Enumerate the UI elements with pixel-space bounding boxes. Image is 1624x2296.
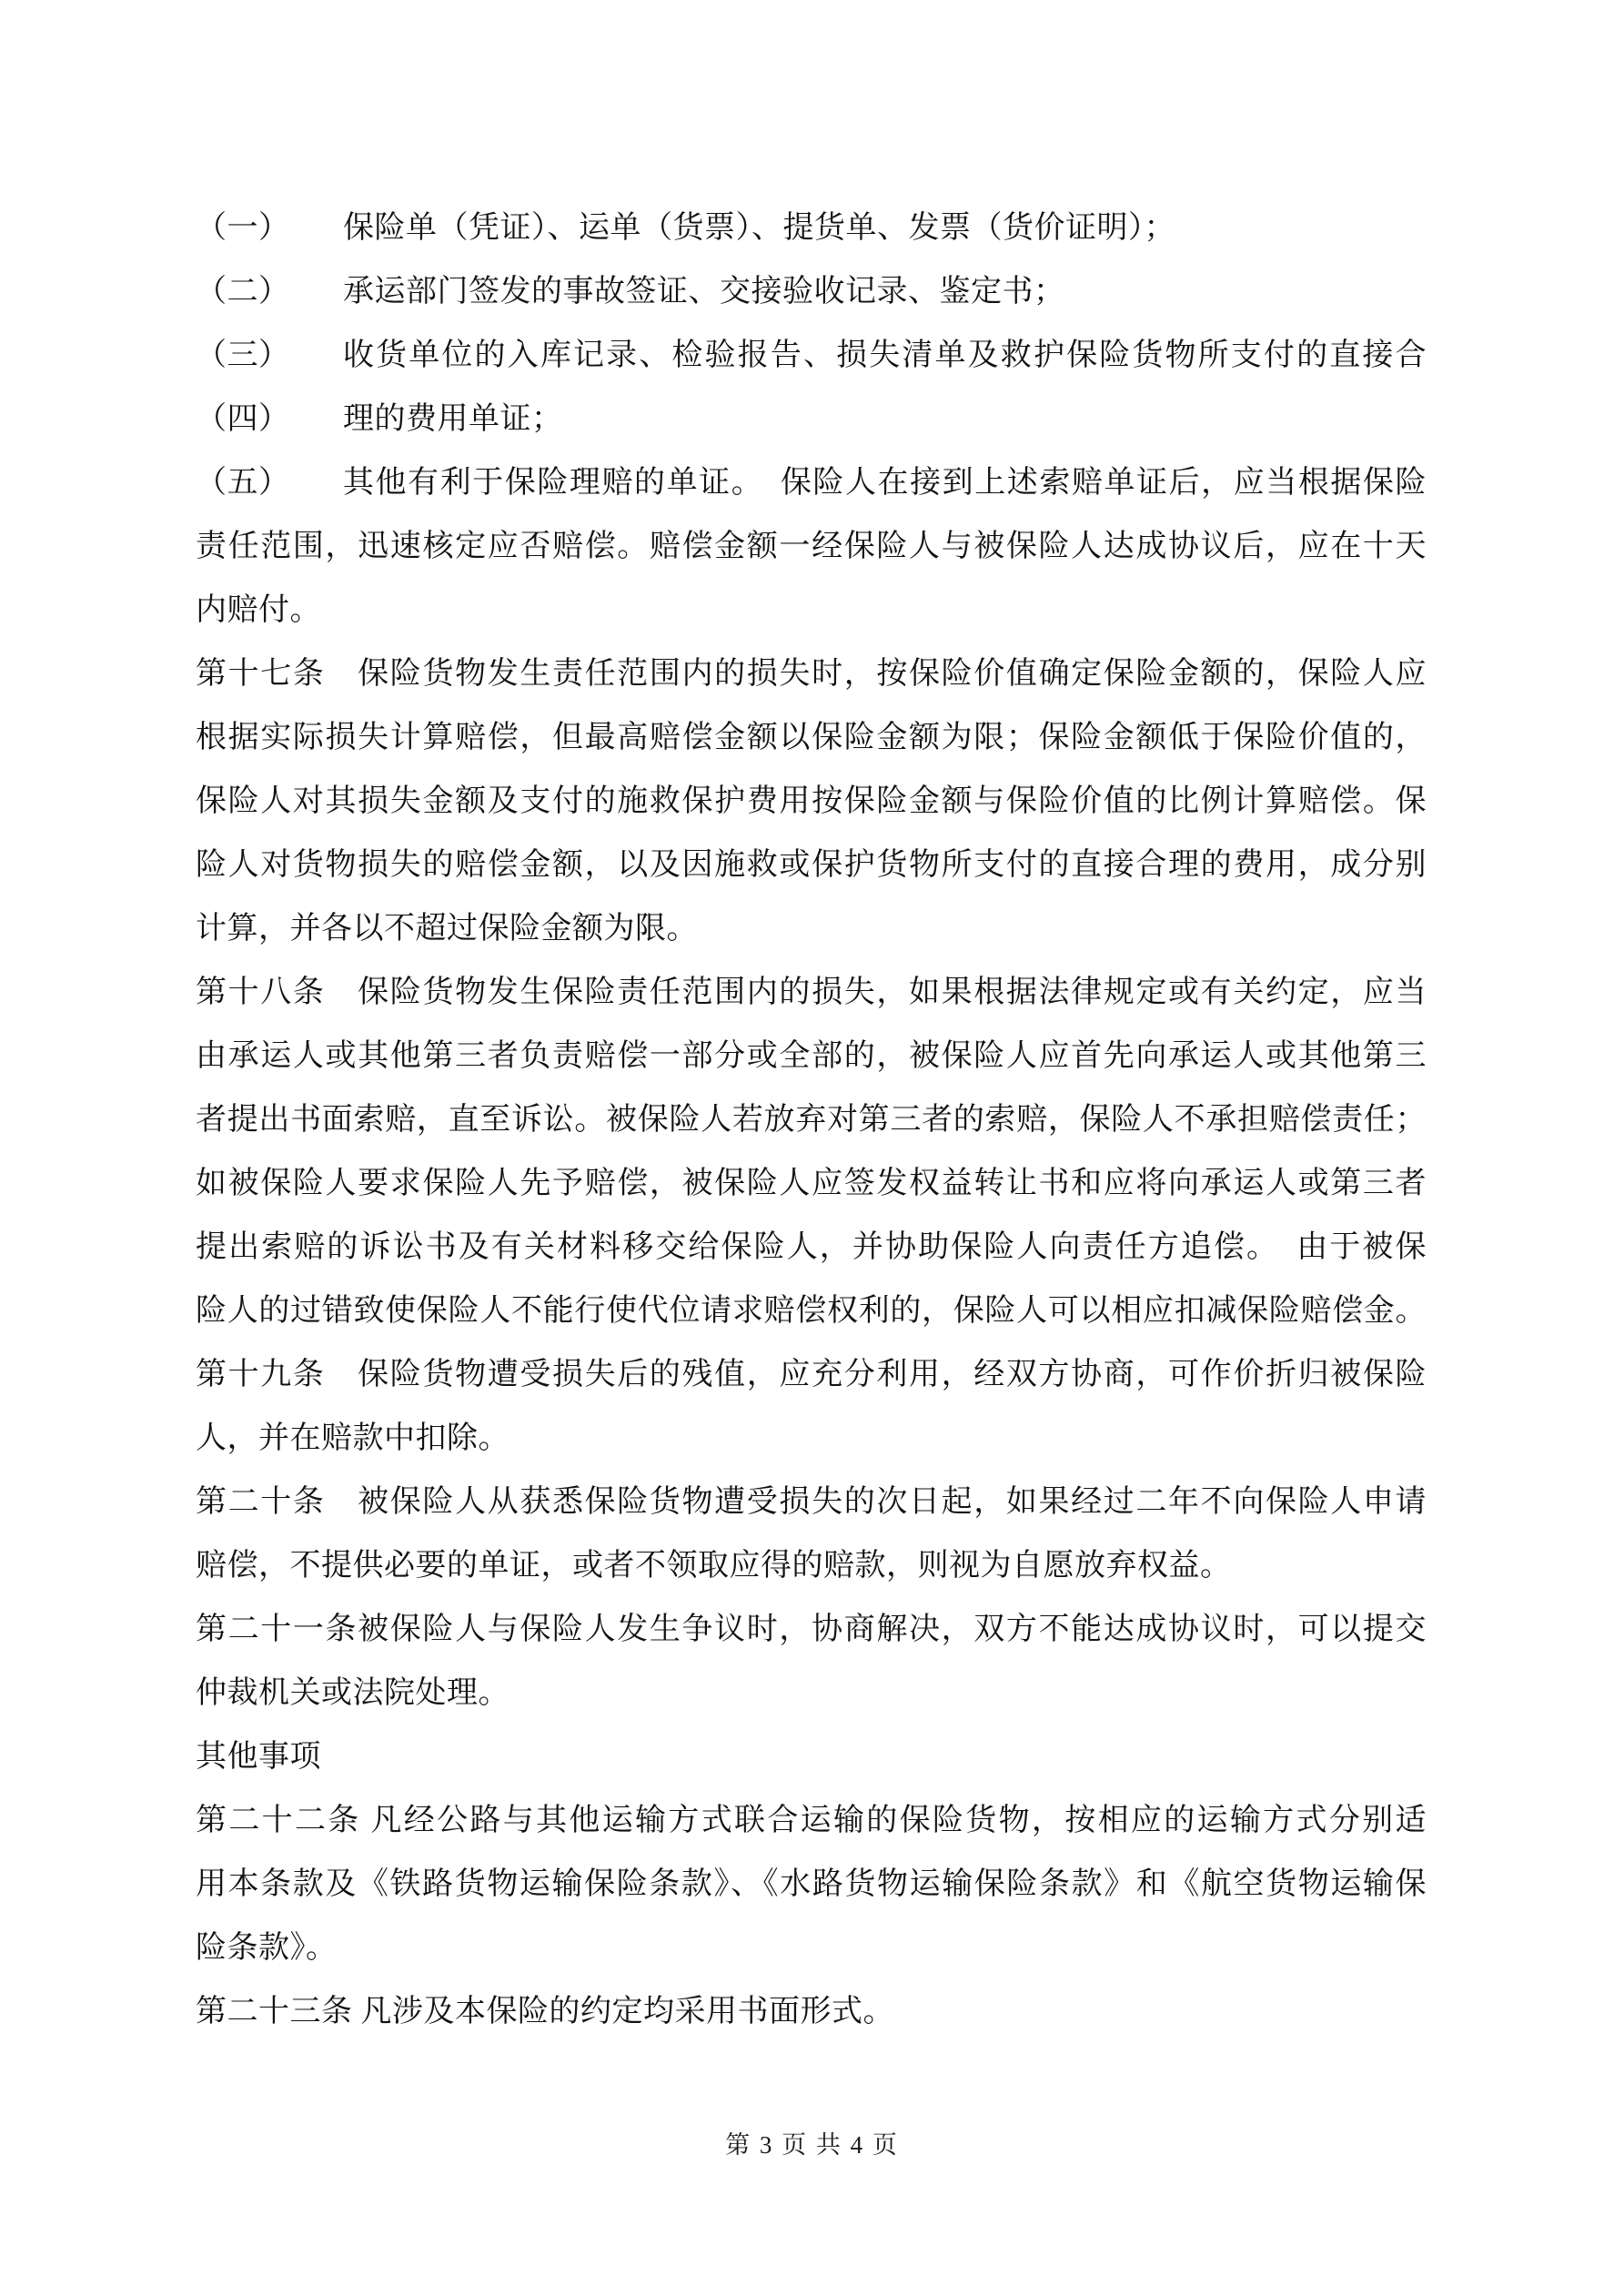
list-text: 承运部门签发的事故签证、交接验收记录、鉴定书； — [343, 260, 1427, 324]
document-page: （一）保险单（凭证）、运单（货票）、提货单、发票（货价证明）；（二）承运部门签发… — [0, 0, 1624, 2296]
page-number-label: 第 3 页 共 4 页 — [725, 2131, 899, 2159]
text-line: 险条款》。 — [196, 1917, 1427, 1980]
list-text: 理的费用单证； — [343, 388, 1427, 451]
text-line: 内赔付。 — [196, 579, 1427, 642]
list-line: （二）承运部门签发的事故签证、交接验收记录、鉴定书； — [196, 260, 1427, 324]
text-line: 第十九条 保险货物遭受损失后的残值，应充分利用，经双方协商，可作价折归被保险 — [196, 1343, 1427, 1407]
text-line: 第二十二条 凡经公路与其他运输方式联合运输的保险货物，按相应的运输方式分别适 — [196, 1789, 1427, 1853]
list-text: 收货单位的入库记录、检验报告、损失清单及救护保险货物所支付的直接合 — [343, 324, 1427, 388]
list-line: （五）其他有利于保险理赔的单证。 保险人在接到上述索赔单证后，应当根据保险 — [196, 451, 1427, 515]
list-marker: （三） — [196, 324, 343, 388]
text-line: 保险人对其损失金额及支付的施救保护费用按保险金额与保险价值的比例计算赔偿。保 — [196, 770, 1427, 834]
text-line: 第二十三条 凡涉及本保险的约定均采用书面形式。 — [196, 1980, 1427, 2044]
text-line: 赔偿，不提供必要的单证，或者不领取应得的赔款，则视为自愿放弃权益。 — [196, 1534, 1427, 1598]
page-footer: 第 3 页 共 4 页 — [0, 2113, 1624, 2177]
text-line: 根据实际损失计算赔偿，但最高赔偿金额以保险金额为限；保险金额低于保险价值的， — [196, 706, 1427, 770]
list-marker: （一） — [196, 197, 343, 260]
text-line: 计算，并各以不超过保险金额为限。 — [196, 897, 1427, 961]
text-line: 如被保险人要求保险人先予赔偿，被保险人应签发权益转让书和应将向承运人或第三者 — [196, 1152, 1427, 1216]
list-text: 保险单（凭证）、运单（货票）、提货单、发票（货价证明）； — [343, 197, 1427, 260]
list-marker: （四） — [196, 388, 343, 451]
document-body: （一）保险单（凭证）、运单（货票）、提货单、发票（货价证明）；（二）承运部门签发… — [196, 197, 1427, 2044]
text-line: 仲裁机关或法院处理。 — [196, 1662, 1427, 1725]
text-line: 者提出书面索赔，直至诉讼。被保险人若放弃对第三者的索赔，保险人不承担赔偿责任； — [196, 1088, 1427, 1152]
text-line: 其他事项 — [196, 1725, 1427, 1789]
text-line: 第十八条 保险货物发生保险责任范围内的损失，如果根据法律规定或有关约定，应当 — [196, 961, 1427, 1025]
list-line: （三）收货单位的入库记录、检验报告、损失清单及救护保险货物所支付的直接合 — [196, 324, 1427, 388]
text-line: 责任范围，迅速核定应否赔偿。赔偿金额一经保险人与被保险人达成协议后，应在十天 — [196, 515, 1427, 579]
text-line: 第十七条 保险货物发生责任范围内的损失时，按保险价值确定保险金额的，保险人应 — [196, 642, 1427, 706]
text-line: 提出索赔的诉讼书及有关材料移交给保险人，并协助保险人向责任方追偿。 由于被保 — [196, 1216, 1427, 1279]
list-line: （一）保险单（凭证）、运单（货票）、提货单、发票（货价证明）； — [196, 197, 1427, 260]
text-line: 第二十一条被保险人与保险人发生争议时，协商解决，双方不能达成协议时，可以提交 — [196, 1598, 1427, 1662]
list-line: （四）理的费用单证； — [196, 388, 1427, 451]
list-text: 其他有利于保险理赔的单证。 保险人在接到上述索赔单证后，应当根据保险 — [343, 451, 1427, 515]
text-line: 由承运人或其他第三者负责赔偿一部分或全部的，被保险人应首先向承运人或其他第三 — [196, 1025, 1427, 1088]
text-line: 险人对货物损失的赔偿金额，以及因施救或保护货物所支付的直接合理的费用，成分别 — [196, 834, 1427, 897]
text-line: 险人的过错致使保险人不能行使代位请求赔偿权利的，保险人可以相应扣减保险赔偿金。 — [196, 1279, 1427, 1343]
text-line: 人，并在赔款中扣除。 — [196, 1407, 1427, 1471]
text-line: 用本条款及《铁路货物运输保险条款》、《水路货物运输保险条款》和《航空货物运输保 — [196, 1853, 1427, 1917]
list-marker: （五） — [196, 451, 343, 515]
text-line: 第二十条 被保险人从获悉保险货物遭受损失的次日起，如果经过二年不向保险人申请 — [196, 1471, 1427, 1534]
list-marker: （二） — [196, 260, 343, 324]
